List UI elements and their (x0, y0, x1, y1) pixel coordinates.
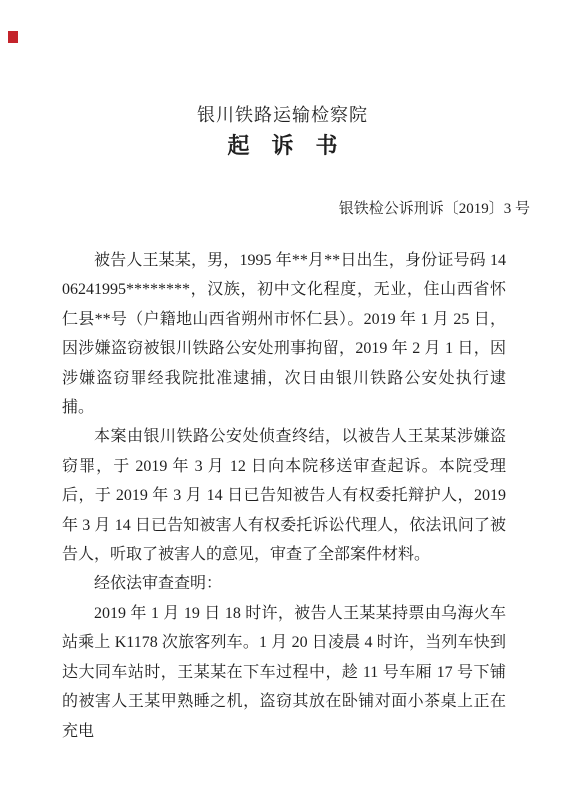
paragraph-findings-lead: 经依法审查查明： (62, 569, 506, 598)
document-body: 被告人王某某，男，1995 年**月**日出生，身份证号码 1406241995… (62, 246, 506, 746)
document-number: 银铁检公诉刑诉〔2019〕3 号 (339, 197, 530, 218)
court-name: 银川铁路运输检察院 (0, 101, 565, 127)
paragraph-defendant-info: 被告人王某某，男，1995 年**月**日出生，身份证号码 1406241995… (62, 246, 506, 422)
document-title: 起 诉 书 (0, 129, 565, 160)
indictment-page: 银川铁路运输检察院 起 诉 书 银铁检公诉刑诉〔2019〕3 号 被告人王某某，… (0, 0, 565, 800)
paragraph-incident-facts: 2019 年 1 月 19 日 18 时许，被告人王某某持票由乌海火车站乘上 K… (62, 599, 506, 746)
paragraph-case-procedure: 本案由银川铁路公安处侦查终结，以被告人王某某涉嫌盗窃罪，于 2019 年 3 月… (62, 422, 506, 569)
red-mark (8, 31, 18, 43)
